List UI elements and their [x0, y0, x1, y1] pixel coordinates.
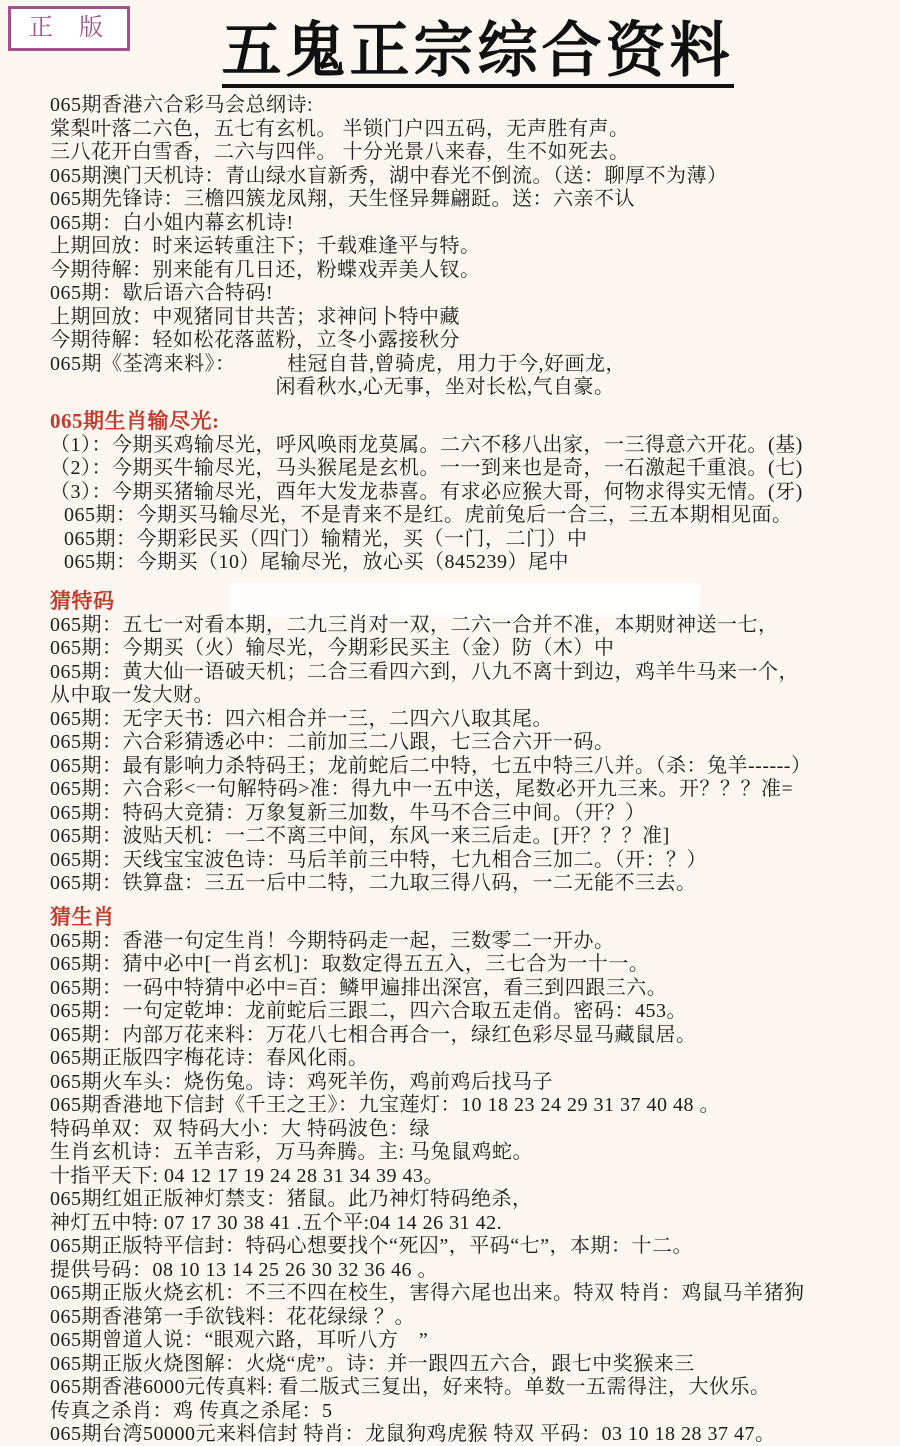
- text-line: 065期《荃湾来料》： 桂冠自昔,曾骑虎，用力于今,好画龙，: [50, 353, 900, 377]
- text-line: 065期正版火烧玄机：不三不四在校生，害得六尾也出来。特双 特肖：鸡鼠马羊猪狗: [50, 1282, 900, 1306]
- section-heading-shengxiao-shujinguang: 065期生肖输尽光:: [50, 409, 900, 434]
- text-line: 065期曾道人说：“眼观六路，耳听八方 ”: [50, 1329, 900, 1353]
- text-line: 065期：一码中特猜中必中=百：鳞甲遍排出深宫，看三到四跟三六。: [50, 977, 900, 1001]
- text-line: 065期：香港一句定生肖！今期特码走一起，三数零二一开办。: [50, 930, 900, 954]
- text-line: 065期：六合彩猜透必中：二前加三二八跟，七三合六开一码。: [50, 731, 900, 755]
- text-line: 提供号码：08 10 13 14 25 26 30 32 36 46 。: [50, 1259, 900, 1283]
- text-line: 065期：内部万花来料：万花八七相合再合一，绿红色彩尽显马藏鼠居。: [50, 1024, 900, 1048]
- section-shengxiao-shujinguang: 065期生肖输尽光:（1）：今期买鸡输尽光，呼风唤雨龙莫属。二六不移八出家，一三…: [50, 409, 900, 575]
- text-line: 十指平天下: 04 12 17 19 24 28 31 34 39 43。: [50, 1165, 900, 1189]
- text-line: 065期：猜中必中[一肖玄机]：取数定得五五入，三七合为一十一。: [50, 953, 900, 977]
- text-line: 065期：铁算盘：三五一后中二特，二九取三得八码，一二无能不三去。: [50, 872, 900, 896]
- text-line: 065期香港6000元传真料: 看二版式三复出，好来特。单数一五需得注，大伙乐。: [50, 1376, 900, 1400]
- text-line: 从中取一发大财。: [50, 684, 900, 708]
- text-line: 闲看秋水,心无事，坐对长松,气自豪。: [50, 376, 900, 400]
- text-line: 065期先锋诗：三檐四簇龙凤翔，天生怪异舞翩跹。送：六亲不认: [50, 188, 900, 212]
- text-line: 065期：波贴天机：一二不离三中间，东风一来三后走。[开？？？准]: [50, 825, 900, 849]
- text-line: 065期香港第一手欲钱料：花花绿绿 ？。: [50, 1306, 900, 1330]
- text-line: 特码单双：双 特码大小：大 特码波色：绿: [50, 1118, 900, 1142]
- title-wrap: 五鬼正宗综合资料: [55, 0, 900, 88]
- text-line: 065期：五七一对看本期，二九三肖对一双，二六一合并不准，本期财神送一七，: [50, 614, 900, 638]
- text-line: （2）：今期买牛输尽光，马头猴尾是玄机。一一到来也是奇，一石激起千重浪。(七): [50, 457, 900, 481]
- text-line: 065期：六合彩<一句解特码>准：得九中一五中送，尾数必开九三来。开？？？准=: [50, 778, 900, 802]
- text-line: 今期待解：轻如松花落蓝粉，立冬小露接秋分: [50, 329, 900, 353]
- text-line: 065期澳门天机诗：青山绿水盲新秀，湖中春光不倒流。（送：聊厚不为薄）: [50, 165, 900, 189]
- document-page: 正 版 五鬼正宗综合资料 065期香港六合彩马会总纲诗:棠梨叶落二六色，五七有玄…: [0, 0, 900, 1446]
- text-line: 065期火车头：烧伤兔。诗：鸡死羊伤，鸡前鸡后找马子: [50, 1071, 900, 1095]
- content: 065期香港六合彩马会总纲诗:棠梨叶落二六色，五七有玄机。 半锁门户四五码，无声…: [50, 94, 900, 1446]
- text-line: 065期：歇后语六合特码!: [50, 282, 900, 306]
- text-line: 065期正版四字梅花诗：春风化雨。: [50, 1047, 900, 1071]
- text-line: 棠梨叶落二六色，五七有玄机。 半锁门户四五码，无声胜有声。: [50, 118, 900, 142]
- text-line: 065期：无字天书：四六相合并一三，二四六八取其尾。: [50, 708, 900, 732]
- section-cai-tema: 猜特码065期：五七一对看本期，二九三肖对一双，二六一合并不准，本期财神送一七，…: [50, 589, 900, 896]
- text-line: 065期：今期彩民买（四门）输精光，买（一门，二门）中: [50, 528, 900, 552]
- text-line: （3）：今期买猪输尽光，酉年大发龙恭喜。有求必应猴大哥，何物求得实无情。(牙): [50, 481, 900, 505]
- text-line: 065期：黄大仙一语破天机；二合三看四六到，八九不离十到边，鸡羊牛马来一个，: [50, 661, 900, 685]
- text-line: 065期：天线宝宝波色诗：马后羊前三中特，七九相合三加二。（开：？）: [50, 849, 900, 873]
- section-heading-cai-tema: 猜特码: [50, 589, 900, 614]
- text-line: 065期：特码大竞猜：万象复新三加数，牛马不合三中间。（开？）: [50, 802, 900, 826]
- text-line: 三八花开白雪香，二六与四伴。 十分光景八来春，生不如死去。: [50, 141, 900, 165]
- page-title: 五鬼正宗综合资料: [222, 20, 734, 88]
- authentic-badge: 正 版: [8, 6, 130, 51]
- text-line: 今期待解：别来能有几日还，粉蝶戏弄美人钗。: [50, 259, 900, 283]
- text-line: 065期香港地下信封《千王之王》：九宝莲灯：10 18 23 24 29 31 …: [50, 1094, 900, 1118]
- text-line: 065期台湾50000元来料信封 特肖：龙鼠狗鸡虎猴 特双 平码：03 10 1…: [50, 1423, 900, 1446]
- text-line: 065期正版特平信封：特码心想要找个“死囚”，平码“七”，本期：十二。: [50, 1235, 900, 1259]
- text-line: 065期：一句定乾坤：龙前蛇后三跟二，四六合取五走俏。密码：453。: [50, 1000, 900, 1024]
- text-line: 065期：今期买（10）尾输尽光，放心买（845239）尾中: [50, 551, 900, 575]
- section-heading-cai-shengxiao: 猜生肖: [50, 905, 900, 930]
- text-line: 生肖玄机诗：五羊吉彩，万马奔腾。主: 马兔鼠鸡蛇。: [50, 1141, 900, 1165]
- section-cai-shengxiao: 猜生肖065期：香港一句定生肖！今期特码走一起，三数零二一开办。065期：猜中必…: [50, 905, 900, 1446]
- text-line: 065期红姐正版神灯禁支：猪鼠。此乃神灯特码绝杀，: [50, 1188, 900, 1212]
- text-line: 065期：今期买（火）输尽光，今期彩民买主（金）防（木）中: [50, 637, 900, 661]
- section-main-poems: 065期香港六合彩马会总纲诗:棠梨叶落二六色，五七有玄机。 半锁门户四五码，无声…: [50, 94, 900, 400]
- text-line: 065期正版火烧图解：火烧“虎”。诗：并一跟四五六合，跟七中奖猴来三: [50, 1353, 900, 1377]
- text-line: 065期香港六合彩马会总纲诗:: [50, 94, 900, 118]
- text-line: 065期：今期买马输尽光，不是青来不是红。虎前兔后一合三，三五本期相见面。: [50, 504, 900, 528]
- text-line: 上期回放：时来运转重注下；千载难逢平与特。: [50, 235, 900, 259]
- text-line: （1）：今期买鸡输尽光，呼风唤雨龙莫属。二六不移八出家，一三得意六开花。(基): [50, 434, 900, 458]
- text-line: 神灯五中特: 07 17 30 38 41 .五个平:04 14 26 31 4…: [50, 1212, 900, 1236]
- text-line: 065期：最有影响力杀特码王；龙前蛇后二中特，七五中特三八并。（杀：兔羊----…: [50, 755, 900, 779]
- text-line: 上期回放：中观猪同甘共苦；求神问卜特中藏: [50, 306, 900, 330]
- text-line: 065期：白小姐内幕玄机诗!: [50, 212, 900, 236]
- text-line: 传真之杀肖：鸡 传真之杀尾：5: [50, 1400, 900, 1424]
